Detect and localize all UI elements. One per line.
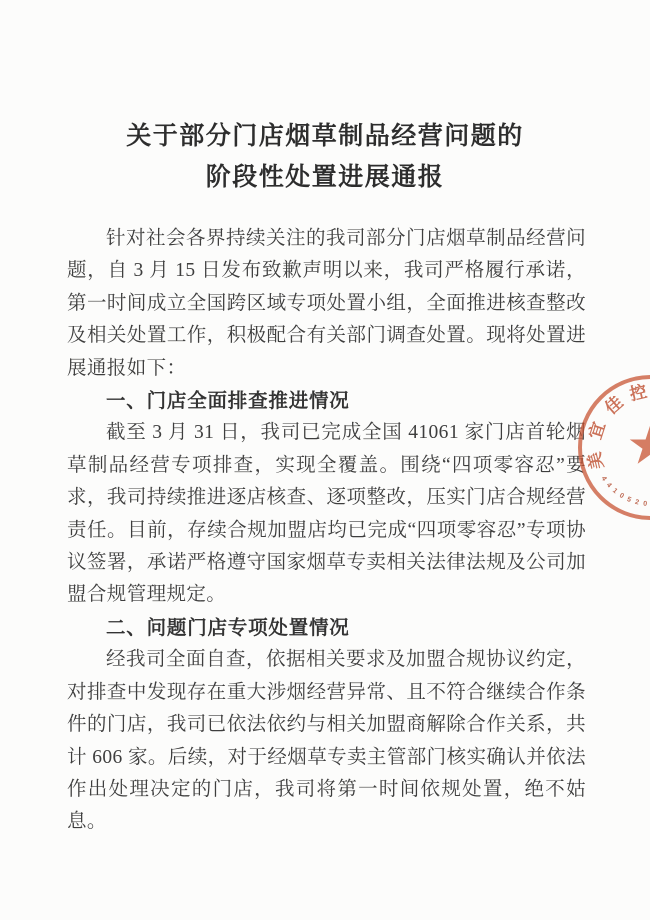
paragraph-intro: 针对社会各界持续关注的我司部分门店烟草制品经营问题，自 3 月 15 日发布致歉… [67,223,586,385]
seal-star-icon: ★ [626,418,650,472]
document-title: 关于部分门店烟草制品经营问题的 阶段性处置进展通报 [40,116,610,198]
document-title-line-1: 关于部分门店烟草制品经营问题的 [40,116,610,157]
seal-arc-character: 控 [626,381,650,405]
seal-arc-character: 美 [584,448,608,472]
section-2-heading: 二、问题门店专项处置情况 [67,612,586,644]
section-1-heading: 一、门店全面排查推进情况 [67,385,586,417]
company-red-seal: 美 宜 佳 控 ★ 4 4 1 0 5 2 0 [578,375,650,520]
document-body: 针对社会各界持续关注的我司部分门店烟草制品经营问题，自 3 月 15 日发布致歉… [67,223,586,839]
paragraph-section-1: 截至 3 月 31 日，我司已完成全国 41061 家门店首轮烟草制品经营专项排… [67,417,586,611]
seal-serial-digit: 0 [639,499,650,510]
paragraph-section-2: 经我司全面自查，依据相关要求及加盟合规协议约定，对排查中发现存在重大涉烟经营异常… [67,644,586,838]
document-title-line-2: 阶段性处置进展通报 [40,157,610,198]
scanned-document-page: 关于部分门店烟草制品经营问题的 阶段性处置进展通报 针对社会各界持续关注的我司部… [0,0,650,920]
